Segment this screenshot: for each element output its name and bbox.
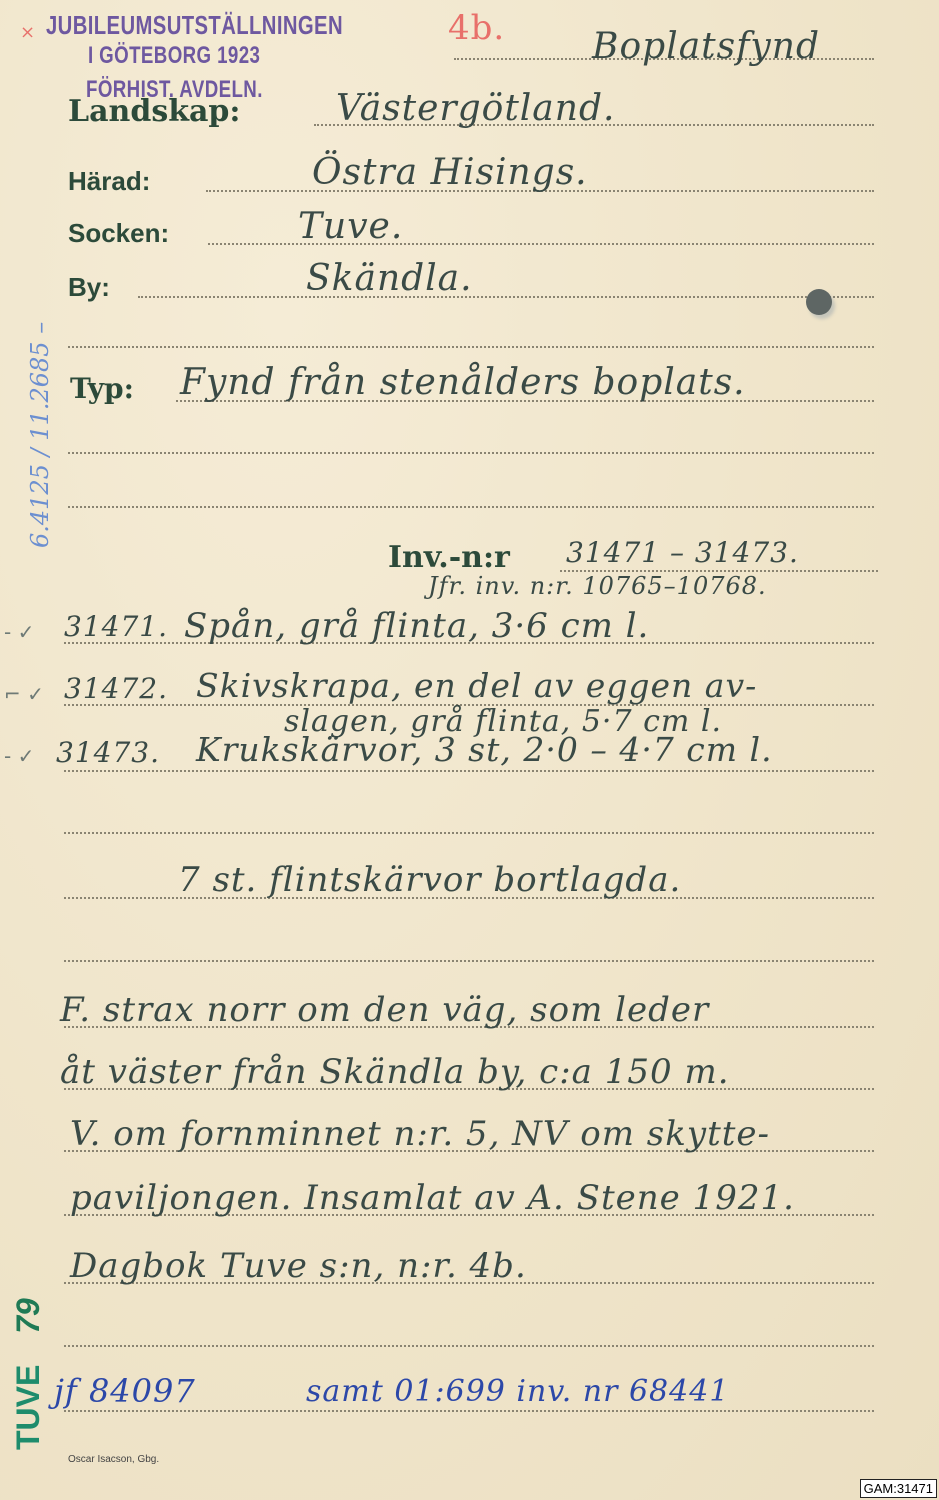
typ-label: Typ: (70, 372, 134, 405)
item-3-check-marks: - ✓ (4, 744, 34, 768)
description-line-1: F. strax norr om den väg, som leder (60, 990, 709, 1030)
item-1-text: Spån, grå flinta, 3·6 cm l. (184, 606, 649, 646)
socken-label: Socken: (68, 218, 169, 249)
typ-value: Fynd från stenålders boplats. (180, 362, 746, 403)
red-cross-mark: × (20, 22, 35, 43)
socken-value: Tuve. (298, 206, 403, 247)
item-3-text: Krukskärvor, 3 st, 2·0 – 4·7 cm l. (196, 730, 773, 769)
description-line-4: paviljongen. Insamlat av A. Stene 1921. (70, 1178, 795, 1218)
archive-id-badge: GAM:31471 (860, 1479, 937, 1498)
item-2-number: 31472. (64, 672, 168, 705)
card-heading: Boplatsfynd (592, 26, 820, 67)
inv-value: 31471 – 31473. (566, 536, 799, 569)
item-3-rule (64, 770, 874, 772)
by-value: Skändla. (306, 258, 473, 299)
ink-blot (806, 289, 832, 315)
green-place-stamp: TUVE 79 (10, 1298, 47, 1450)
description-line-5: Dagbok Tuve s:n, n:r. 4b. (70, 1246, 527, 1286)
item-3-number: 31473. (56, 736, 160, 769)
harad-label: Härad: (68, 166, 150, 197)
item-2-check-marks: ⌐ ✓ (4, 682, 44, 706)
blank-rule-5 (64, 960, 874, 962)
item-1-check-marks: - ✓ (4, 620, 34, 644)
footer-rule (64, 1410, 874, 1412)
blank-rule-1 (68, 346, 874, 348)
inv-reference: Jfr. inv. n:r. 10765–10768. (428, 572, 767, 600)
harad-value: Östra Hisings. (312, 152, 588, 193)
item-2-text: Skivskrapa, en del av eggen av- (196, 666, 757, 705)
by-label: By: (68, 272, 110, 303)
description-line-2: åt väster från Skändla by, c:a 150 m. (60, 1052, 730, 1092)
landskap-value: Västergötland. (336, 88, 615, 129)
red-card-number: 4b. (448, 8, 505, 48)
by-rule (138, 296, 874, 298)
footer-extra: samt 01:699 inv. nr 68441 (306, 1374, 729, 1409)
description-line-3: V. om fornminnet n:r. 5, NV om skytte- (70, 1114, 770, 1154)
blank-rule-2 (68, 452, 874, 454)
green-stamp-place: TUVE (10, 1365, 46, 1450)
margin-blue-note: 6.4125 / 11.2685 – (26, 322, 54, 548)
exhibition-stamp-line2: I GÖTEBORG 1923 (88, 42, 260, 70)
blank-rule-6 (64, 1345, 874, 1347)
discarded-note: 7 st. flintskärvor bortlagda. (178, 860, 681, 900)
exhibition-stamp-line1: JUBILEUMSUTSTÄLLNINGEN (46, 10, 343, 41)
green-stamp-number: 79 (10, 1298, 46, 1334)
landskap-label: Landskap: (68, 94, 241, 129)
item-1-number: 31471. (64, 610, 168, 643)
inv-label: Inv.-n:r (388, 540, 510, 575)
footer-ref: jf 84097 (54, 1372, 196, 1410)
blank-rule-4 (64, 832, 874, 834)
printer-imprint: Oscar Isacson, Gbg. (68, 1454, 159, 1465)
blank-rule-3 (68, 506, 874, 508)
